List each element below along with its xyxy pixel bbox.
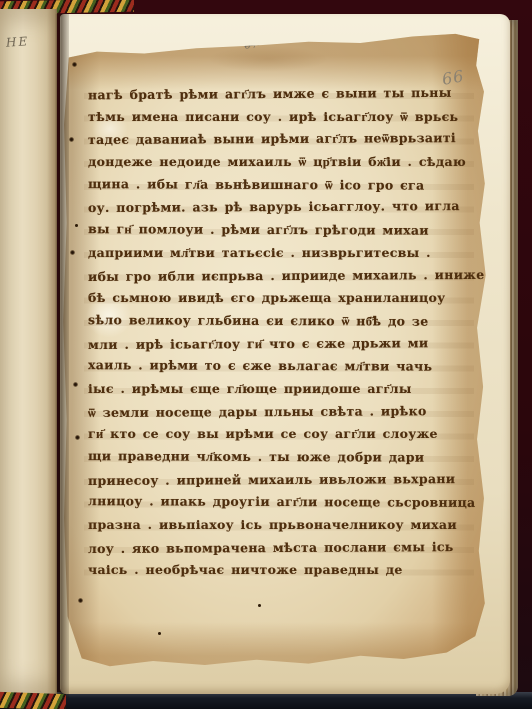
ink-speck [75, 224, 78, 227]
manuscript-text-line: хаиль . ирѣми то є єже вьлагає мл҃тви ча… [88, 354, 470, 378]
manuscript-text-line: оу. погрѣми. азь рѣ варурь ісьагглоу. чт… [88, 195, 470, 220]
manuscript-text-line: ги҃ кто се соу вы ирѣми се соу агг҃ли сл… [88, 423, 470, 446]
manuscript-text-block: нагѣ братѣ рѣми агг҃лъ имже є выни ты пь… [88, 83, 470, 582]
manuscript-text-line: тадеє даваниаѣ выни ирѣми агг҃лъ неѿврьз… [88, 127, 470, 152]
sewing-hole [75, 435, 80, 440]
sewing-hole [78, 598, 83, 603]
manuscript-text-line: іыє . ирѣмы єще гл҃юще приидоше агг҃лы [88, 378, 470, 401]
manuscript-text-line: ибы гро ибли иєпрьва . иприиде михаиль .… [88, 264, 470, 289]
sewing-hole [72, 62, 77, 67]
manuscript-text-line: празна . ивьпіахоу ісь прьвоначелникоу м… [88, 514, 470, 537]
ink-speck [158, 632, 161, 635]
manuscript-text-line: вы гн҃ помлоуи . рѣми агг҃лъ грѣгоди мих… [88, 218, 470, 242]
manuscript-text-line: принесоу . иприней михаиль ивьложи вьхра… [88, 468, 470, 493]
manuscript-text-line: нагѣ братѣ рѣми агг҃лъ имже є выни ты пь… [88, 82, 470, 107]
manuscript-text-line: даприими мл҃тви татьєсіє . низврьгитесвы… [88, 242, 470, 265]
manuscript-text-line: ѿ земли носеще дары пльны свѣта . ирѣко [88, 400, 470, 425]
gutter-shadow [55, 14, 69, 698]
facing-page-edge: НЕ [0, 9, 57, 699]
manuscript-text-line: лоу . яко вьпомрачена мѣста послани ємы … [88, 536, 470, 561]
ink-speck [258, 604, 261, 607]
binding-board-edge [0, 692, 532, 709]
manuscript-text-line: лницоу . ипакь дроугіи агг҃ли носеще сьс… [88, 491, 470, 515]
manuscript-text-line: тѣмь имена писани соу . ирѣ ісьагг҃лоу ѿ… [88, 106, 470, 129]
manuscript-page: ПЕР.ОП 4 . 1 4 · · · : · 67 67 66 нагѣ б… [58, 26, 490, 682]
sewing-hole [69, 137, 74, 142]
manuscript-text-line: щи праведни чл҃комь . ты юже добри дари [88, 445, 470, 469]
endband-bottom [0, 692, 66, 709]
manuscript-text-line: бѣ сьмною ивидѣ єго дрьжеща храниланицоу [88, 287, 470, 310]
manuscript-text-line: чаісь . необрѣчає ничтоже праведны де [88, 559, 470, 582]
manuscript-photo: НЕ ПЕР.ОП 4 . 1 4 · · · : · 67 67 66 наг… [0, 0, 532, 709]
sewing-hole [70, 250, 75, 255]
manuscript-text-line: ѕѣло великоу гльбина єи єлико ѿ нб҃ѣ до … [88, 309, 470, 333]
facing-page-note: НЕ [6, 34, 30, 50]
manuscript-text-line: дондеже недоиде михаиль ѿ цр҃твіи бж҃іи … [88, 151, 470, 174]
sewing-hole [73, 382, 78, 387]
manuscript-text-line: мли . ирѣ ісьагг҃лоу ги҃ что є єже дрьжи… [88, 332, 470, 357]
manuscript-text-line: щина . ибы гл҃а вьнѣвишнаго ѿ ісо гро єг… [88, 173, 470, 197]
stain [208, 46, 328, 72]
